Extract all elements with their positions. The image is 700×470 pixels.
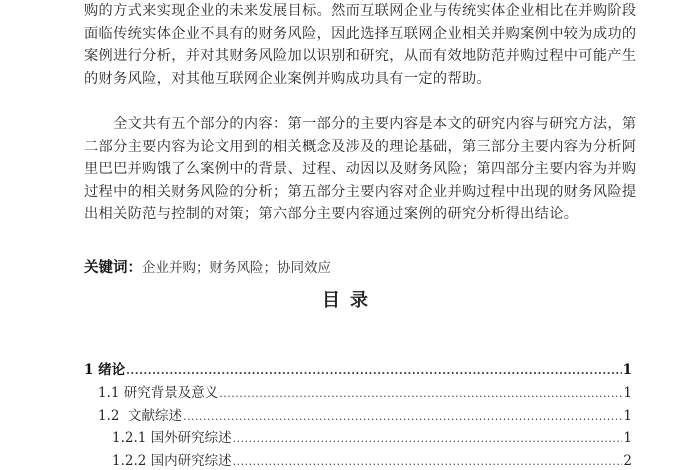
text-line: 过程中的相关财务风险的分析；第五部分主要内容对企业并购过程中出现的财务风险提 — [84, 181, 636, 204]
toc-entry-page: 1 — [623, 362, 632, 378]
text-line: 里巴巴并购饿了么案例中的背景、过程、动因以及财务风险；第四部分主要内容为并购 — [84, 158, 636, 181]
text-line: 案例进行分析，并对其财务风险加以识别和研究，从而有效地防范并购过程中可能产生 — [84, 45, 636, 68]
toc-title: 目录 — [0, 286, 700, 312]
toc-entry[interactable]: 1 绪论 1 — [84, 358, 632, 381]
text-line: 二部分主要内容为论文用到的相关概念及涉及的理论基础，第三部分主要内容为分析阿 — [84, 136, 636, 159]
toc-entry[interactable]: 1.2 文献综述 1 — [84, 404, 632, 427]
text-line: 出相关防范与控制的对策；第六部分主要内容通过案例的研究分析得出结论。 — [84, 203, 636, 226]
toc-entry[interactable]: 1.2.1 国外研究综述 1 — [84, 426, 632, 449]
toc-leader-dots — [233, 432, 623, 445]
toc-entry-label: 1 绪论 — [84, 358, 125, 378]
toc-leader-dots — [183, 410, 622, 423]
table-of-contents: 1 绪论 1 1.1 研究背景及意义 1 1.2 文献综述 1 1.2.1 国外… — [84, 358, 632, 470]
text-line: 面临传统实体企业不具有的财务风险，因此选择互联网企业相关并购案例中较为成功的 — [84, 23, 636, 46]
keywords-value: 企业并购；财务风险；协同效应 — [142, 260, 331, 276]
toc-leader-dots — [126, 364, 622, 377]
toc-leader-dots — [233, 455, 623, 468]
abstract-paragraph-2: 全文共有五个部分的内容：第一部分的主要内容是本文的研究内容与研究方法，第 二部分… — [84, 113, 636, 226]
text-line: 的财务风险，对其他互联网企业案例并购成功具有一定的帮助。 — [84, 68, 636, 91]
toc-leader-dots — [219, 387, 622, 400]
keywords-label: 关键词： — [84, 260, 142, 276]
toc-entry-label: 1.2.1 国外研究综述 — [112, 426, 232, 446]
toc-entry-label: 1.1 研究背景及意义 — [98, 381, 218, 401]
keywords: 关键词：企业并购；财务风险；协同效应 — [84, 256, 331, 277]
toc-entry-page: 1 — [623, 408, 632, 424]
toc-entry-label: 1.2 文献综述 — [98, 404, 182, 424]
toc-entry-page: 1 — [623, 430, 632, 446]
toc-entry[interactable]: 1.1 研究背景及意义 1 — [84, 381, 632, 404]
abstract-paragraph-1: 购的方式来实现企业的未来发展目标。然而互联网企业与传统实体企业相比在并购阶段 面… — [84, 0, 636, 90]
toc-entry-page: 2 — [623, 453, 632, 469]
toc-entry-page: 1 — [623, 385, 632, 401]
toc-entry[interactable]: 1.2.2 国内研究综述 2 — [84, 449, 632, 470]
text-line: 全文共有五个部分的内容：第一部分的主要内容是本文的研究内容与研究方法，第 — [84, 113, 636, 136]
text-line: 购的方式来实现企业的未来发展目标。然而互联网企业与传统实体企业相比在并购阶段 — [84, 0, 636, 23]
toc-entry-label: 1.2.2 国内研究综述 — [112, 449, 232, 469]
